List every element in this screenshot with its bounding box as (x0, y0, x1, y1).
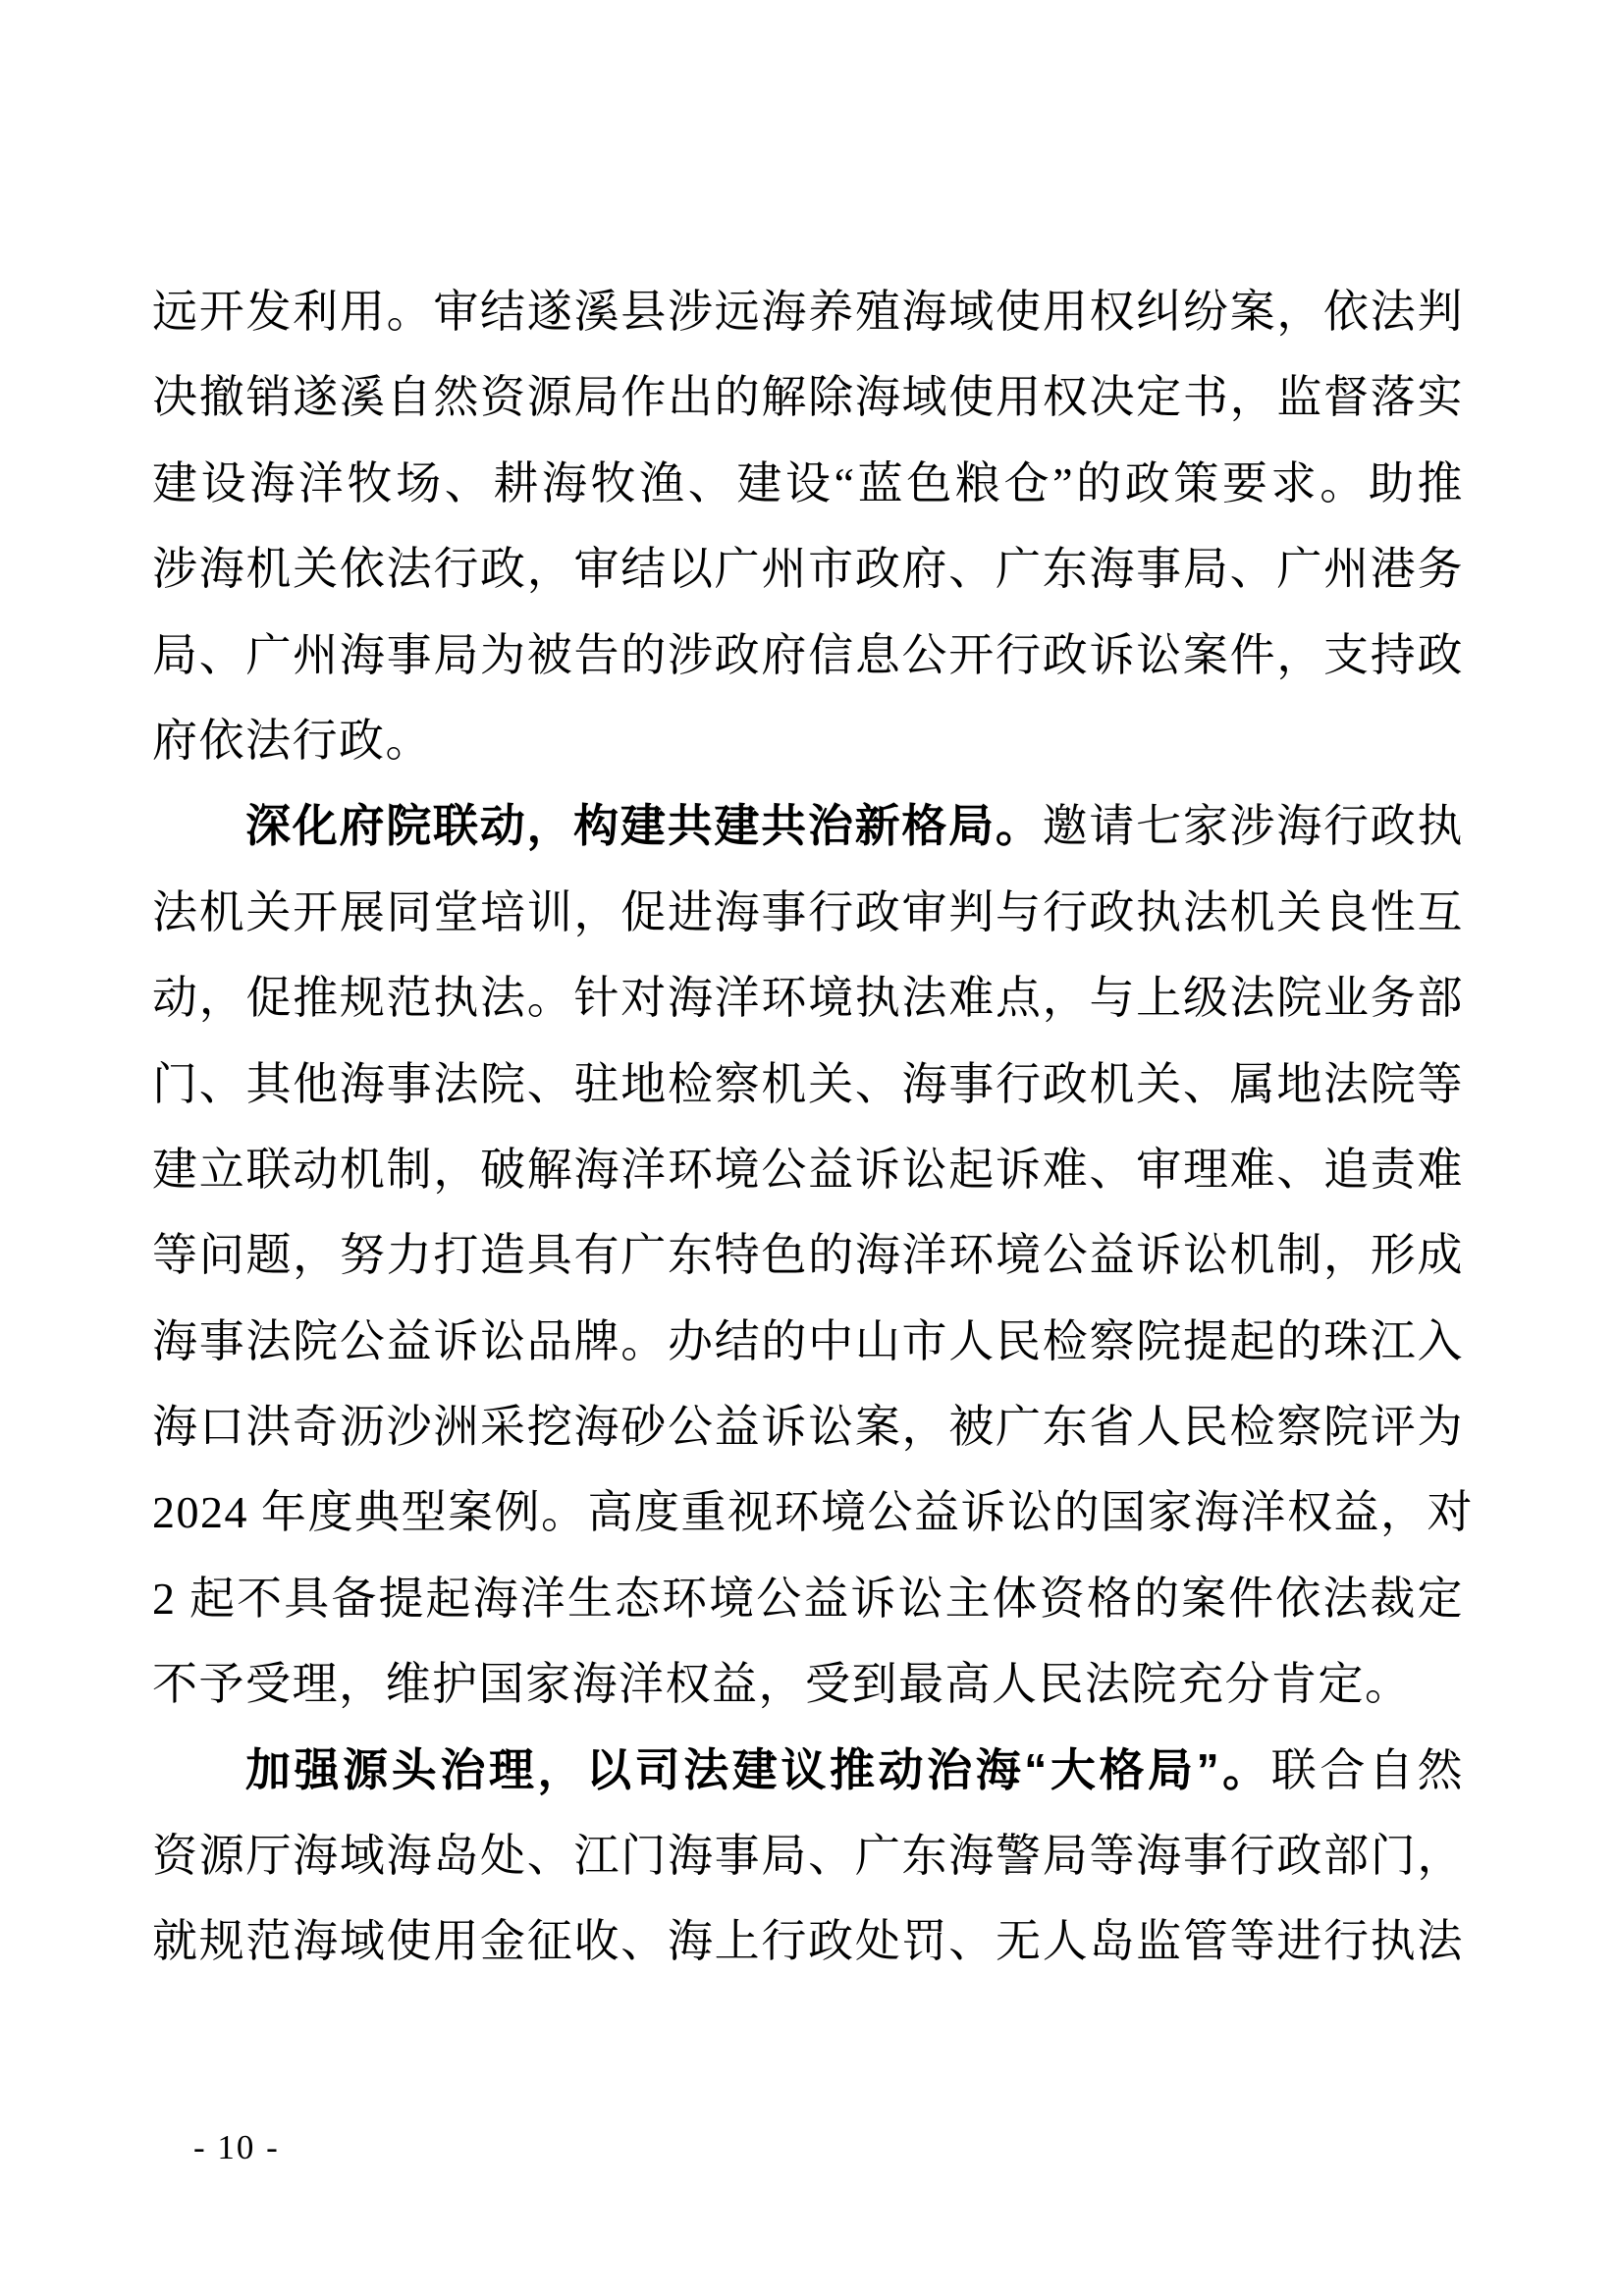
line-text: 门、其他海事法院、驻地检察机关、海事行政机关、属地法院等 (152, 1059, 1464, 1109)
text-line: 远开发利用。审结遂溪县涉远海养殖海域使用权纠纷案，依法判 (152, 269, 1464, 354)
line-text: 建立联动机制，破解海洋环境公益诉讼起诉难、审理难、追责难 (152, 1145, 1464, 1195)
document-page: 远开发利用。审结遂溪县涉远海养殖海域使用权纠纷案，依法判决撤销遂溪自然资源局作出… (0, 0, 1616, 2296)
text-line: 动，促推规范执法。针对海洋环境执法难点，与上级法院业务部 (152, 955, 1464, 1041)
text-line: 加强源头治理，以司法建议推动治海“大格局”。联合自然 (152, 1728, 1464, 1813)
text-line: 海事法院公益诉讼品牌。办结的中山市人民检察院提起的珠江入 (152, 1299, 1464, 1384)
line-text: 邀请七家涉海行政执 (1043, 801, 1464, 851)
line-text: 建设海洋牧场、耕海牧渔、建设“蓝色粮仓”的政策要求。助推 (152, 458, 1464, 508)
paragraph-lead-bold: 深化府院联动，构建共建共治新格局。 (245, 800, 1043, 851)
line-text: 等问题，努力打造具有广东特色的海洋环境公益诉讼机制，形成 (152, 1230, 1464, 1280)
line-text: 决撤销遂溪自然资源局作出的解除海域使用权决定书，监督落实 (152, 372, 1464, 422)
line-text: 海事法院公益诉讼品牌。办结的中山市人民检察院提起的珠江入 (152, 1316, 1464, 1366)
line-text: 涉海机关依法行政，审结以广州市政府、广东海事局、广州港务 (152, 544, 1464, 594)
line-text: 就规范海域使用金征收、海上行政处罚、无人岛监管等进行执法 (152, 1916, 1464, 1966)
text-line: 建设海洋牧场、耕海牧渔、建设“蓝色粮仓”的政策要求。助推 (152, 441, 1464, 526)
text-line: 不予受理，维护国家海洋权益，受到最高人民法院充分肯定。 (152, 1641, 1464, 1727)
text-line: 局、广州海事局为被告的涉政府信息公开行政诉讼案件，支持政 (152, 613, 1464, 698)
line-text: 局、广州海事局为被告的涉政府信息公开行政诉讼案件，支持政 (152, 630, 1464, 680)
text-line: 2024 年度典型案例。高度重视环境公益诉讼的国家海洋权益，对 (152, 1469, 1464, 1555)
text-line: 海口洪奇沥沙洲采挖海砂公益诉讼案，被广东省人民检察院评为 (152, 1384, 1464, 1469)
line-text: 2024 年度典型案例。高度重视环境公益诉讼的国家海洋权益，对 (152, 1487, 1474, 1537)
page-number: - 10 - (193, 2128, 280, 2167)
text-line: 深化府院联动，构建共建共治新格局。邀请七家涉海行政执 (152, 783, 1464, 869)
text-line: 门、其他海事法院、驻地检察机关、海事行政机关、属地法院等 (152, 1041, 1464, 1127)
text-line: 涉海机关依法行政，审结以广州市政府、广东海事局、广州港务 (152, 526, 1464, 612)
text-line: 府依法行政。 (152, 698, 1464, 783)
line-text: 2 起不具备提起海洋生态环境公益诉讼主体资格的案件依法裁定 (152, 1574, 1464, 1624)
line-text: 远开发利用。审结遂溪县涉远海养殖海域使用权纠纷案，依法判 (152, 287, 1464, 337)
text-line: 就规范海域使用金征收、海上行政处罚、无人岛监管等进行执法 (152, 1898, 1464, 1984)
line-text: 资源厅海域海岛处、江门海事局、广东海警局等海事行政部门， (152, 1831, 1464, 1881)
line-text: 动，促推规范执法。针对海洋环境执法难点，与上级法院业务部 (152, 973, 1464, 1023)
line-text: 府依法行政。 (152, 716, 432, 766)
paragraph-lead-bold: 加强源头治理，以司法建议推动治海“大格局”。 (245, 1744, 1271, 1795)
text-line: 资源厅海域海岛处、江门海事局、广东海警局等海事行政部门， (152, 1813, 1464, 1898)
text-line: 等问题，努力打造具有广东特色的海洋环境公益诉讼机制，形成 (152, 1212, 1464, 1298)
text-line: 2 起不具备提起海洋生态环境公益诉讼主体资格的案件依法裁定 (152, 1556, 1464, 1641)
text-line: 决撤销遂溪自然资源局作出的解除海域使用权决定书，监督落实 (152, 354, 1464, 440)
text-line: 法机关开展同堂培训，促进海事行政审判与行政执法机关良性互 (152, 870, 1464, 955)
line-text: 海口洪奇沥沙洲采挖海砂公益诉讼案，被广东省人民检察院评为 (152, 1402, 1464, 1452)
line-text: 法机关开展同堂培训，促进海事行政审判与行政执法机关良性互 (152, 887, 1464, 937)
line-text: 不予受理，维护国家海洋权益，受到最高人民法院充分肯定。 (152, 1659, 1412, 1709)
document-body: 远开发利用。审结遂溪县涉远海养殖海域使用权纠纷案，依法判决撤销遂溪自然资源局作出… (152, 269, 1464, 1985)
line-text: 联合自然 (1271, 1745, 1464, 1795)
text-line: 建立联动机制，破解海洋环境公益诉讼起诉难、审理难、追责难 (152, 1127, 1464, 1212)
